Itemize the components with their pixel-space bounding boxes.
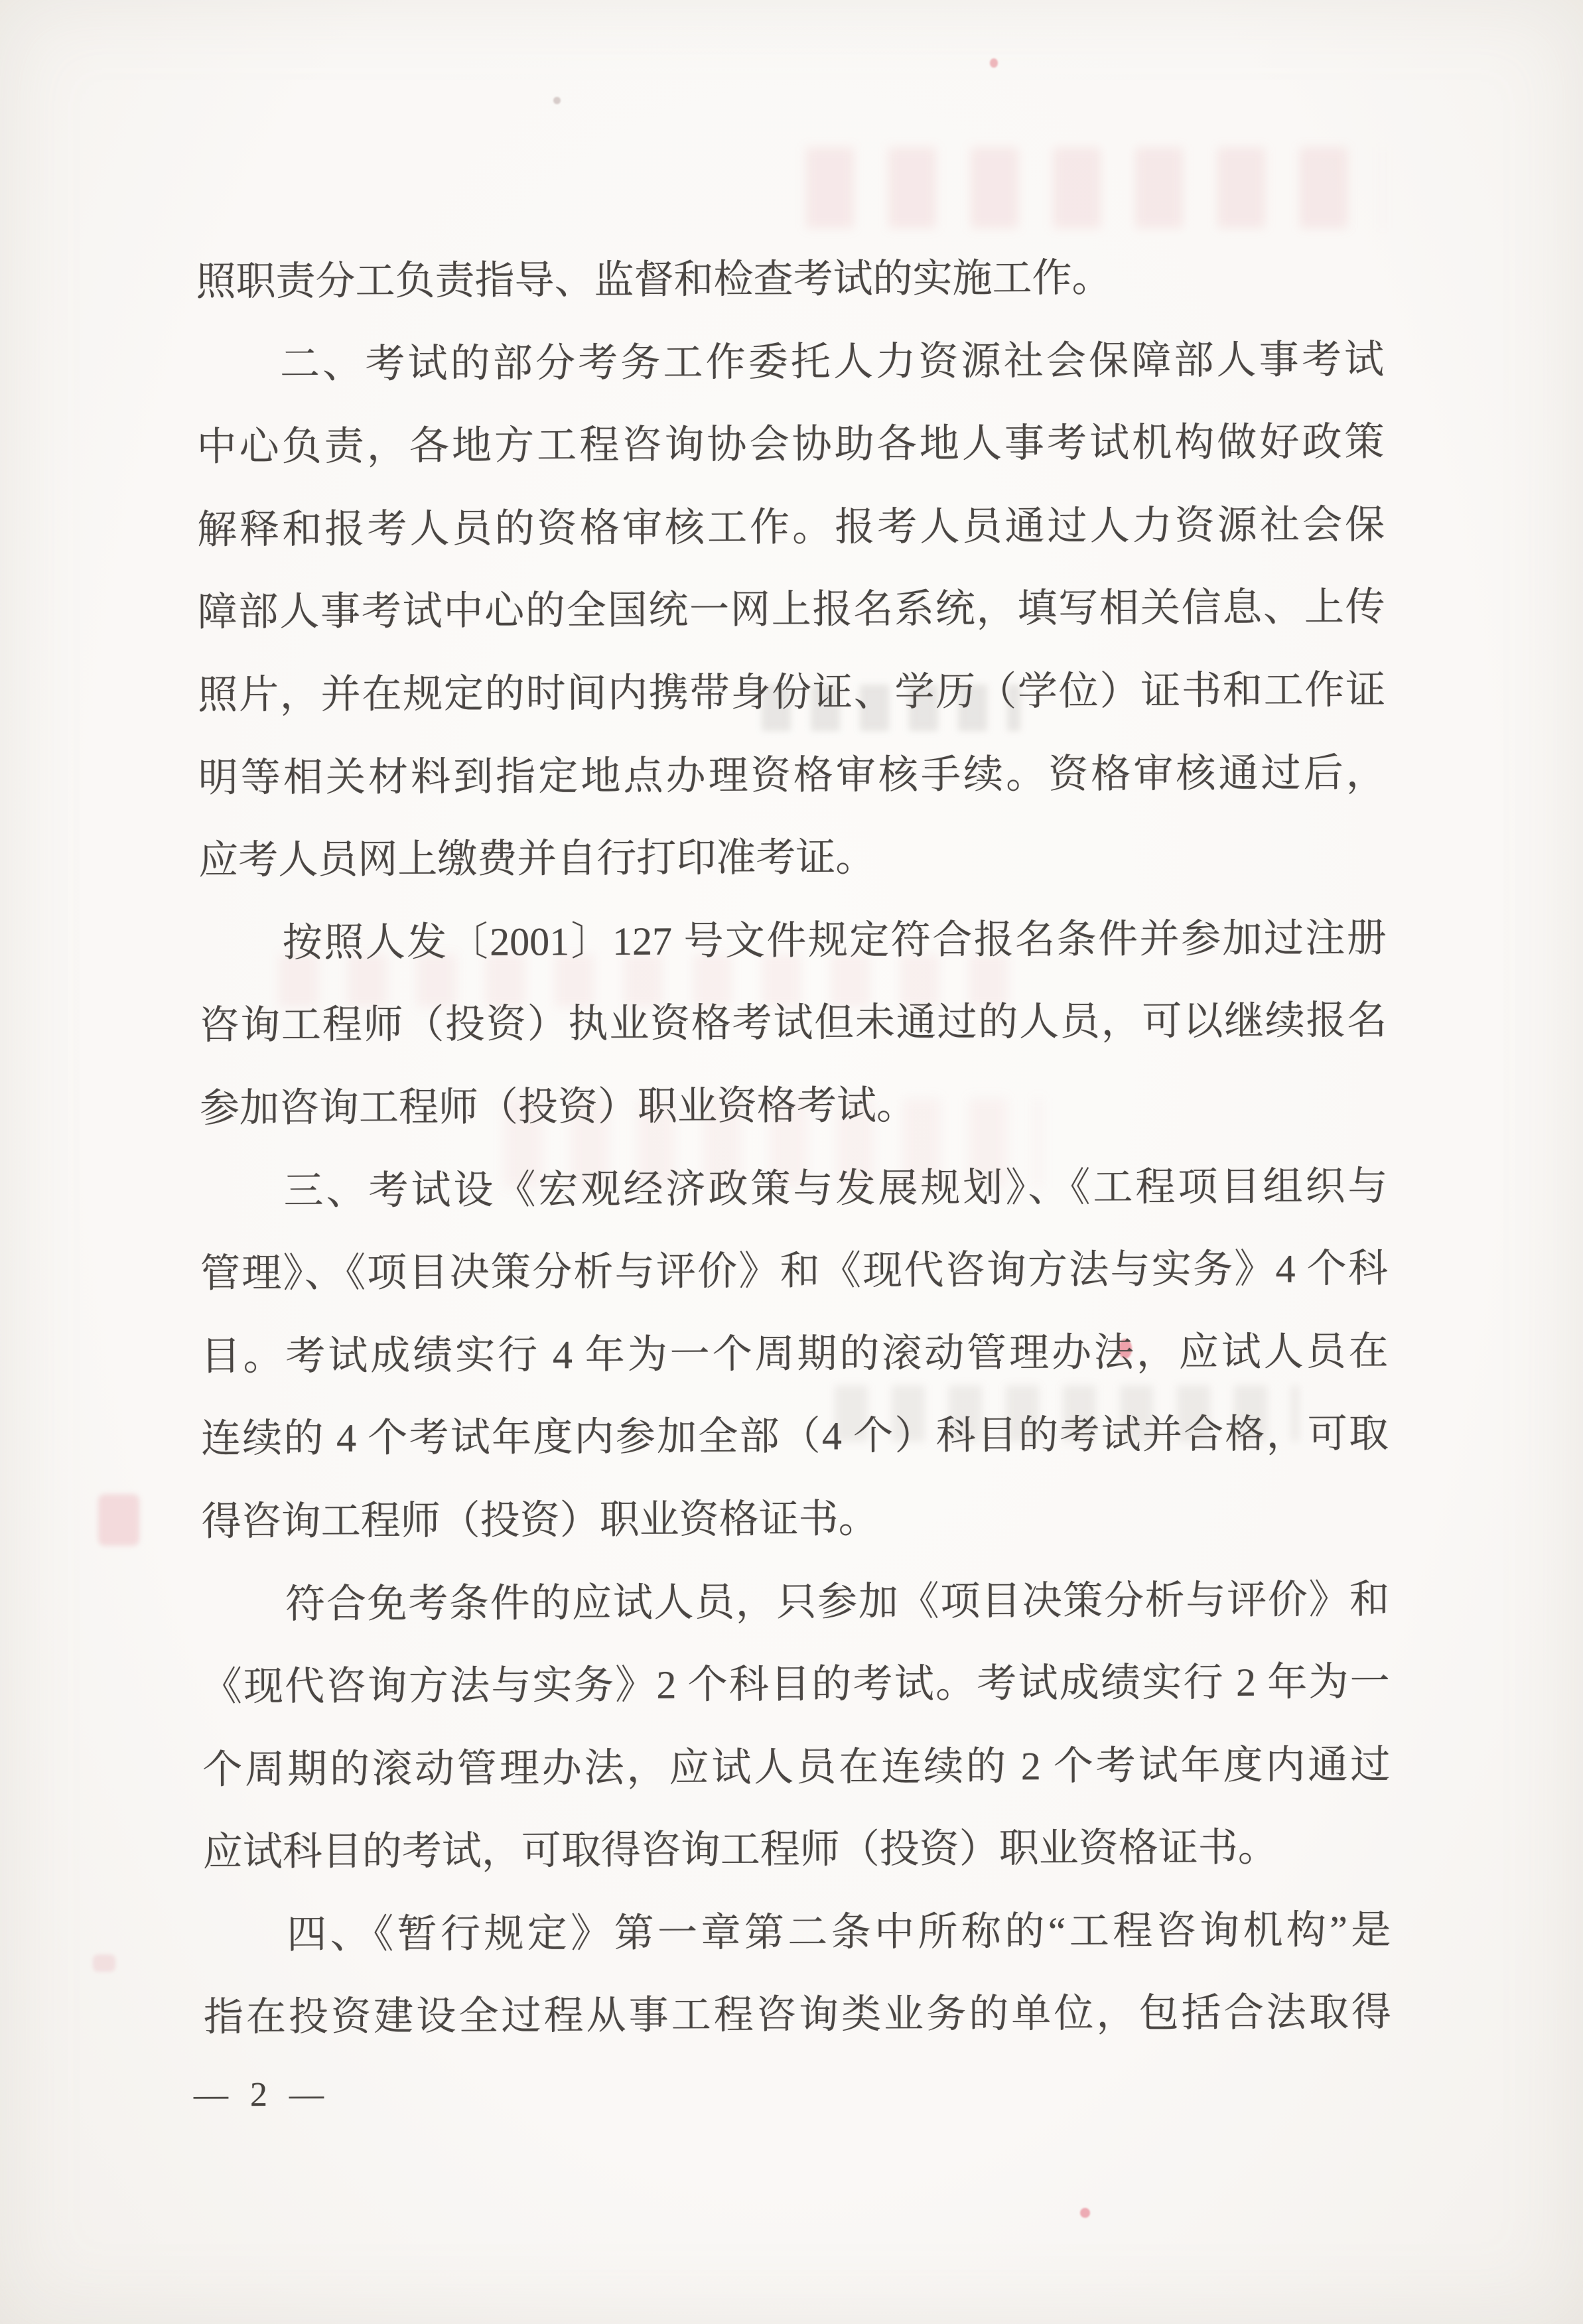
text-line: 目。考试成绩实行 4 年为一个周期的滚动管理办法，应试人员在: [200, 1310, 1389, 1398]
text-line: 二、考试的部分考务工作委托人力资源社会保障部人事考试: [196, 318, 1385, 405]
text-line: 按照人发〔2001〕127 号文件规定符合报名条件并参加过注册: [199, 897, 1387, 985]
text-line: 指在投资建设全过程从事工程咨询类业务的单位，包括合法取得: [204, 1971, 1392, 2059]
text-line: 咨询工程师（投资）执业资格考试但未通过的人员，可以继续报名: [199, 979, 1387, 1067]
text-line: 应考人员网上缴费并自行打印准考证。: [198, 814, 1387, 902]
ink-speck: [990, 58, 998, 68]
text-line: 四、《暂行规定》第一章第二条中所称的“工程咨询机构”是: [203, 1889, 1391, 1976]
text-line: 管理》、《项目决策分析与评价》和《现代咨询方法与实务》4 个科: [200, 1227, 1389, 1315]
ink-speck: [1080, 2208, 1090, 2218]
ink-speck: [98, 1494, 139, 1546]
text-line: 《现代咨询方法与实务》2 个科目的考试。考试成绩实行 2 年为一: [202, 1641, 1390, 1728]
text-line: 符合免考条件的应试人员，只参加《项目决策分析与评价》和: [202, 1558, 1390, 1645]
scanned-page: 照职责分工负责指导、监督和检查考试的实施工作。 二、考试的部分考务工作委托人力资…: [0, 0, 1583, 2324]
text-line: 障部人事考试中心的全国统一网上报名系统，填写相关信息、上传: [197, 566, 1385, 653]
bleed-through-smudge: [806, 147, 1383, 228]
text-line: 中心负责，各地方工程咨询协会协助各地人事考试机构做好政策: [196, 401, 1385, 488]
ink-speck: [93, 1954, 115, 1972]
document-body: 照职责分工负责指导、监督和检查考试的实施工作。 二、考试的部分考务工作委托人力资…: [196, 236, 1391, 2059]
text-line: 明等相关材料到指定地点办理资格审核手续。资格审核通过后，: [198, 731, 1386, 819]
text-line: 参加咨询工程师（投资）职业资格考试。: [200, 1062, 1388, 1150]
text-line: 应试科目的考试，可取得咨询工程师（投资）职业资格证书。: [203, 1806, 1391, 1893]
ink-speck: [553, 97, 561, 104]
text-line: 连续的 4 个考试年度内参加全部（4 个）科目的考试并合格，可取: [201, 1393, 1389, 1480]
text-line: 照职责分工负责指导、监督和检查考试的实施工作。: [196, 236, 1384, 323]
text-line: 照片，并在规定的时间内携带身份证、学历（学位）证书和工作证: [198, 649, 1386, 736]
page-number: — 2 —: [194, 2075, 330, 2115]
text-line: 得咨询工程师（投资）职业资格证书。: [201, 1475, 1389, 1563]
text-line: 三、考试设《宏观经济政策与发展规划》、《工程项目组织与: [200, 1144, 1388, 1232]
text-line: 解释和报考人员的资格审核工作。报考人员通过人力资源社会保: [197, 484, 1385, 571]
text-line: 个周期的滚动管理办法，应试人员在连续的 2 个考试年度内通过: [202, 1724, 1391, 1811]
